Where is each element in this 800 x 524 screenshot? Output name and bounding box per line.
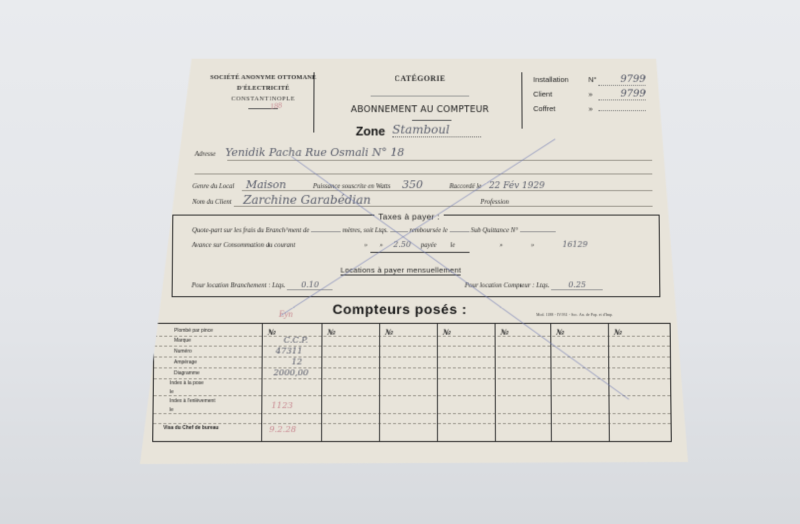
meter-amperage-value: 12 xyxy=(291,358,302,368)
meter-rental-row: Pour location Compteur : Ltqs. 0.25 xyxy=(465,280,603,290)
ditto-mark: » xyxy=(364,242,378,249)
meter-number-header: № xyxy=(443,328,451,337)
row-label-brand: Marque xyxy=(174,338,191,344)
row-line xyxy=(154,336,669,337)
address-label: Adresse xyxy=(195,151,216,158)
coffret-value xyxy=(598,110,645,111)
paid-label: payée xyxy=(421,242,449,249)
column-divider xyxy=(379,324,380,441)
installation-row: InstallationN°9799 xyxy=(533,74,645,86)
paid-date-label: le xyxy=(450,242,498,249)
address-row: Adresse Yenidik Pacha Rue Osmali N° 18 xyxy=(195,146,405,159)
locations-title: Locations à payer mensuellement xyxy=(341,266,462,276)
client-name-value: Zarchine Garabédian xyxy=(243,193,479,207)
receipt-label: Sub Quittance N° xyxy=(471,227,518,234)
subscription-card: SOCIÉTÉ ANONYME OTTOMANE D'ÉLECTRICITÉ C… xyxy=(140,59,688,464)
row-label-visa: Visa du Chef de bureau xyxy=(163,425,218,431)
column-divider xyxy=(437,324,438,441)
address-line-2 xyxy=(194,173,652,174)
meter-number-header: № xyxy=(385,328,393,337)
client-label: Client xyxy=(533,90,588,99)
red-annotation: 188 xyxy=(269,101,282,111)
document-title: ABONNEMENT AU COMPTEUR xyxy=(334,104,506,115)
meter-diagram-value: 2000,00 xyxy=(273,368,308,378)
meter-brand-value: C.C.P. xyxy=(284,336,308,346)
meter-visa-value: 9.2.28 xyxy=(269,425,296,435)
company-city: CONSTANTINOPLE xyxy=(201,94,325,105)
client-row: Client»9799 xyxy=(533,89,645,101)
meter-number-header: № xyxy=(614,328,622,337)
coffret-label: Coffret xyxy=(533,104,588,113)
receipt-field xyxy=(520,231,556,232)
row-label-install-date: le xyxy=(170,389,174,395)
metres-label: mètres, soit Ltqs. xyxy=(342,227,388,234)
ditto-mark: » xyxy=(588,90,598,99)
row-label-amperage: Ampérage xyxy=(174,359,197,365)
company-name: SOCIÉTÉ ANONYME OTTOMANE xyxy=(201,72,325,83)
meter-number-header: № xyxy=(501,328,509,337)
meter-number-value: 47311 xyxy=(276,347,303,357)
row-label-index-install: Index à la pose xyxy=(170,380,204,386)
zone-label: Zone xyxy=(356,125,385,139)
divider xyxy=(370,252,469,253)
reimbursed-date-field xyxy=(449,231,469,232)
client-line xyxy=(234,206,653,207)
metres-field xyxy=(311,231,341,232)
row-label-number: Numéro xyxy=(174,349,192,355)
company-sector: D'ÉLECTRICITÉ xyxy=(201,83,325,94)
meter-number-header: № xyxy=(327,328,335,337)
zone-value: Stamboul xyxy=(392,123,481,138)
advance-label: Avance sur Consommation du courant xyxy=(192,242,363,249)
profession-label: Profession xyxy=(480,199,509,206)
company-header: SOCIÉTÉ ANONYME OTTOMANE D'ÉLECTRICITÉ C… xyxy=(201,72,325,109)
branch-fee-label: Quote-part sur les frais du Branch^ment … xyxy=(192,227,309,234)
address-value: Yenidik Pacha Rue Osmali N° 18 xyxy=(225,146,404,159)
category-label: CATÉGORIE xyxy=(341,74,499,83)
row-label-removal-date: le xyxy=(169,407,173,413)
printer-note: Mod. 1188 - IV.931 - Soc. An. de Pap. et… xyxy=(536,313,613,317)
power-label: Puissance souscrite en Watts xyxy=(313,183,391,190)
meter-number-header: № xyxy=(268,328,276,337)
address-line xyxy=(227,160,652,161)
column-divider xyxy=(495,324,496,441)
advance-receipt-number: 16129 xyxy=(562,240,587,249)
row-line xyxy=(154,395,671,396)
local-type-label: Genre du Local xyxy=(192,183,234,190)
row-line xyxy=(154,357,670,358)
branch-rental-row: Pour location Branchement : Ltqs. 0.10 xyxy=(192,280,333,290)
row-label-index-removal: Index à l'enlèvement xyxy=(170,398,216,404)
client-name-label: Nom du Client xyxy=(192,199,231,206)
row-line xyxy=(153,423,670,424)
installation-label: Installation xyxy=(533,75,588,84)
meters-table: Plombé par pince Marque Numéro Ampérage … xyxy=(152,323,672,442)
branch-fee-row: Quote-part sur les frais du Branch^ment … xyxy=(192,227,555,234)
divider xyxy=(371,96,470,97)
installation-value: 9799 xyxy=(598,74,645,86)
ditto-mark: » xyxy=(499,242,529,249)
divider xyxy=(313,72,314,132)
ltqs-field xyxy=(390,231,408,232)
meter-rental-label: Pour location Compteur : Ltqs. xyxy=(465,282,550,289)
client-value: 9799 xyxy=(598,89,645,101)
row-label-sealed: Plombé par pince xyxy=(174,328,213,334)
branch-rental-label: Pour location Branchement : Ltqs. xyxy=(192,282,286,289)
row-label-diagram: Diagramme xyxy=(174,370,200,376)
meter-rental-value: 0.25 xyxy=(551,280,603,290)
meters-title: Compteurs posés : xyxy=(332,301,467,317)
divider xyxy=(521,72,522,128)
divider xyxy=(412,120,451,121)
local-line xyxy=(242,190,653,191)
meter-removal-index-value: 1123 xyxy=(271,401,293,411)
row-line xyxy=(154,378,670,379)
row-line xyxy=(154,346,670,347)
row-line xyxy=(154,367,670,368)
row-line xyxy=(154,413,671,414)
ditto-mark: » xyxy=(589,104,599,113)
coffret-row: Coffret» xyxy=(533,104,645,113)
column-divider xyxy=(608,324,610,441)
number-prefix: N° xyxy=(588,75,598,84)
meter-number-header: № xyxy=(556,328,564,337)
ditto-mark: » xyxy=(531,242,561,249)
